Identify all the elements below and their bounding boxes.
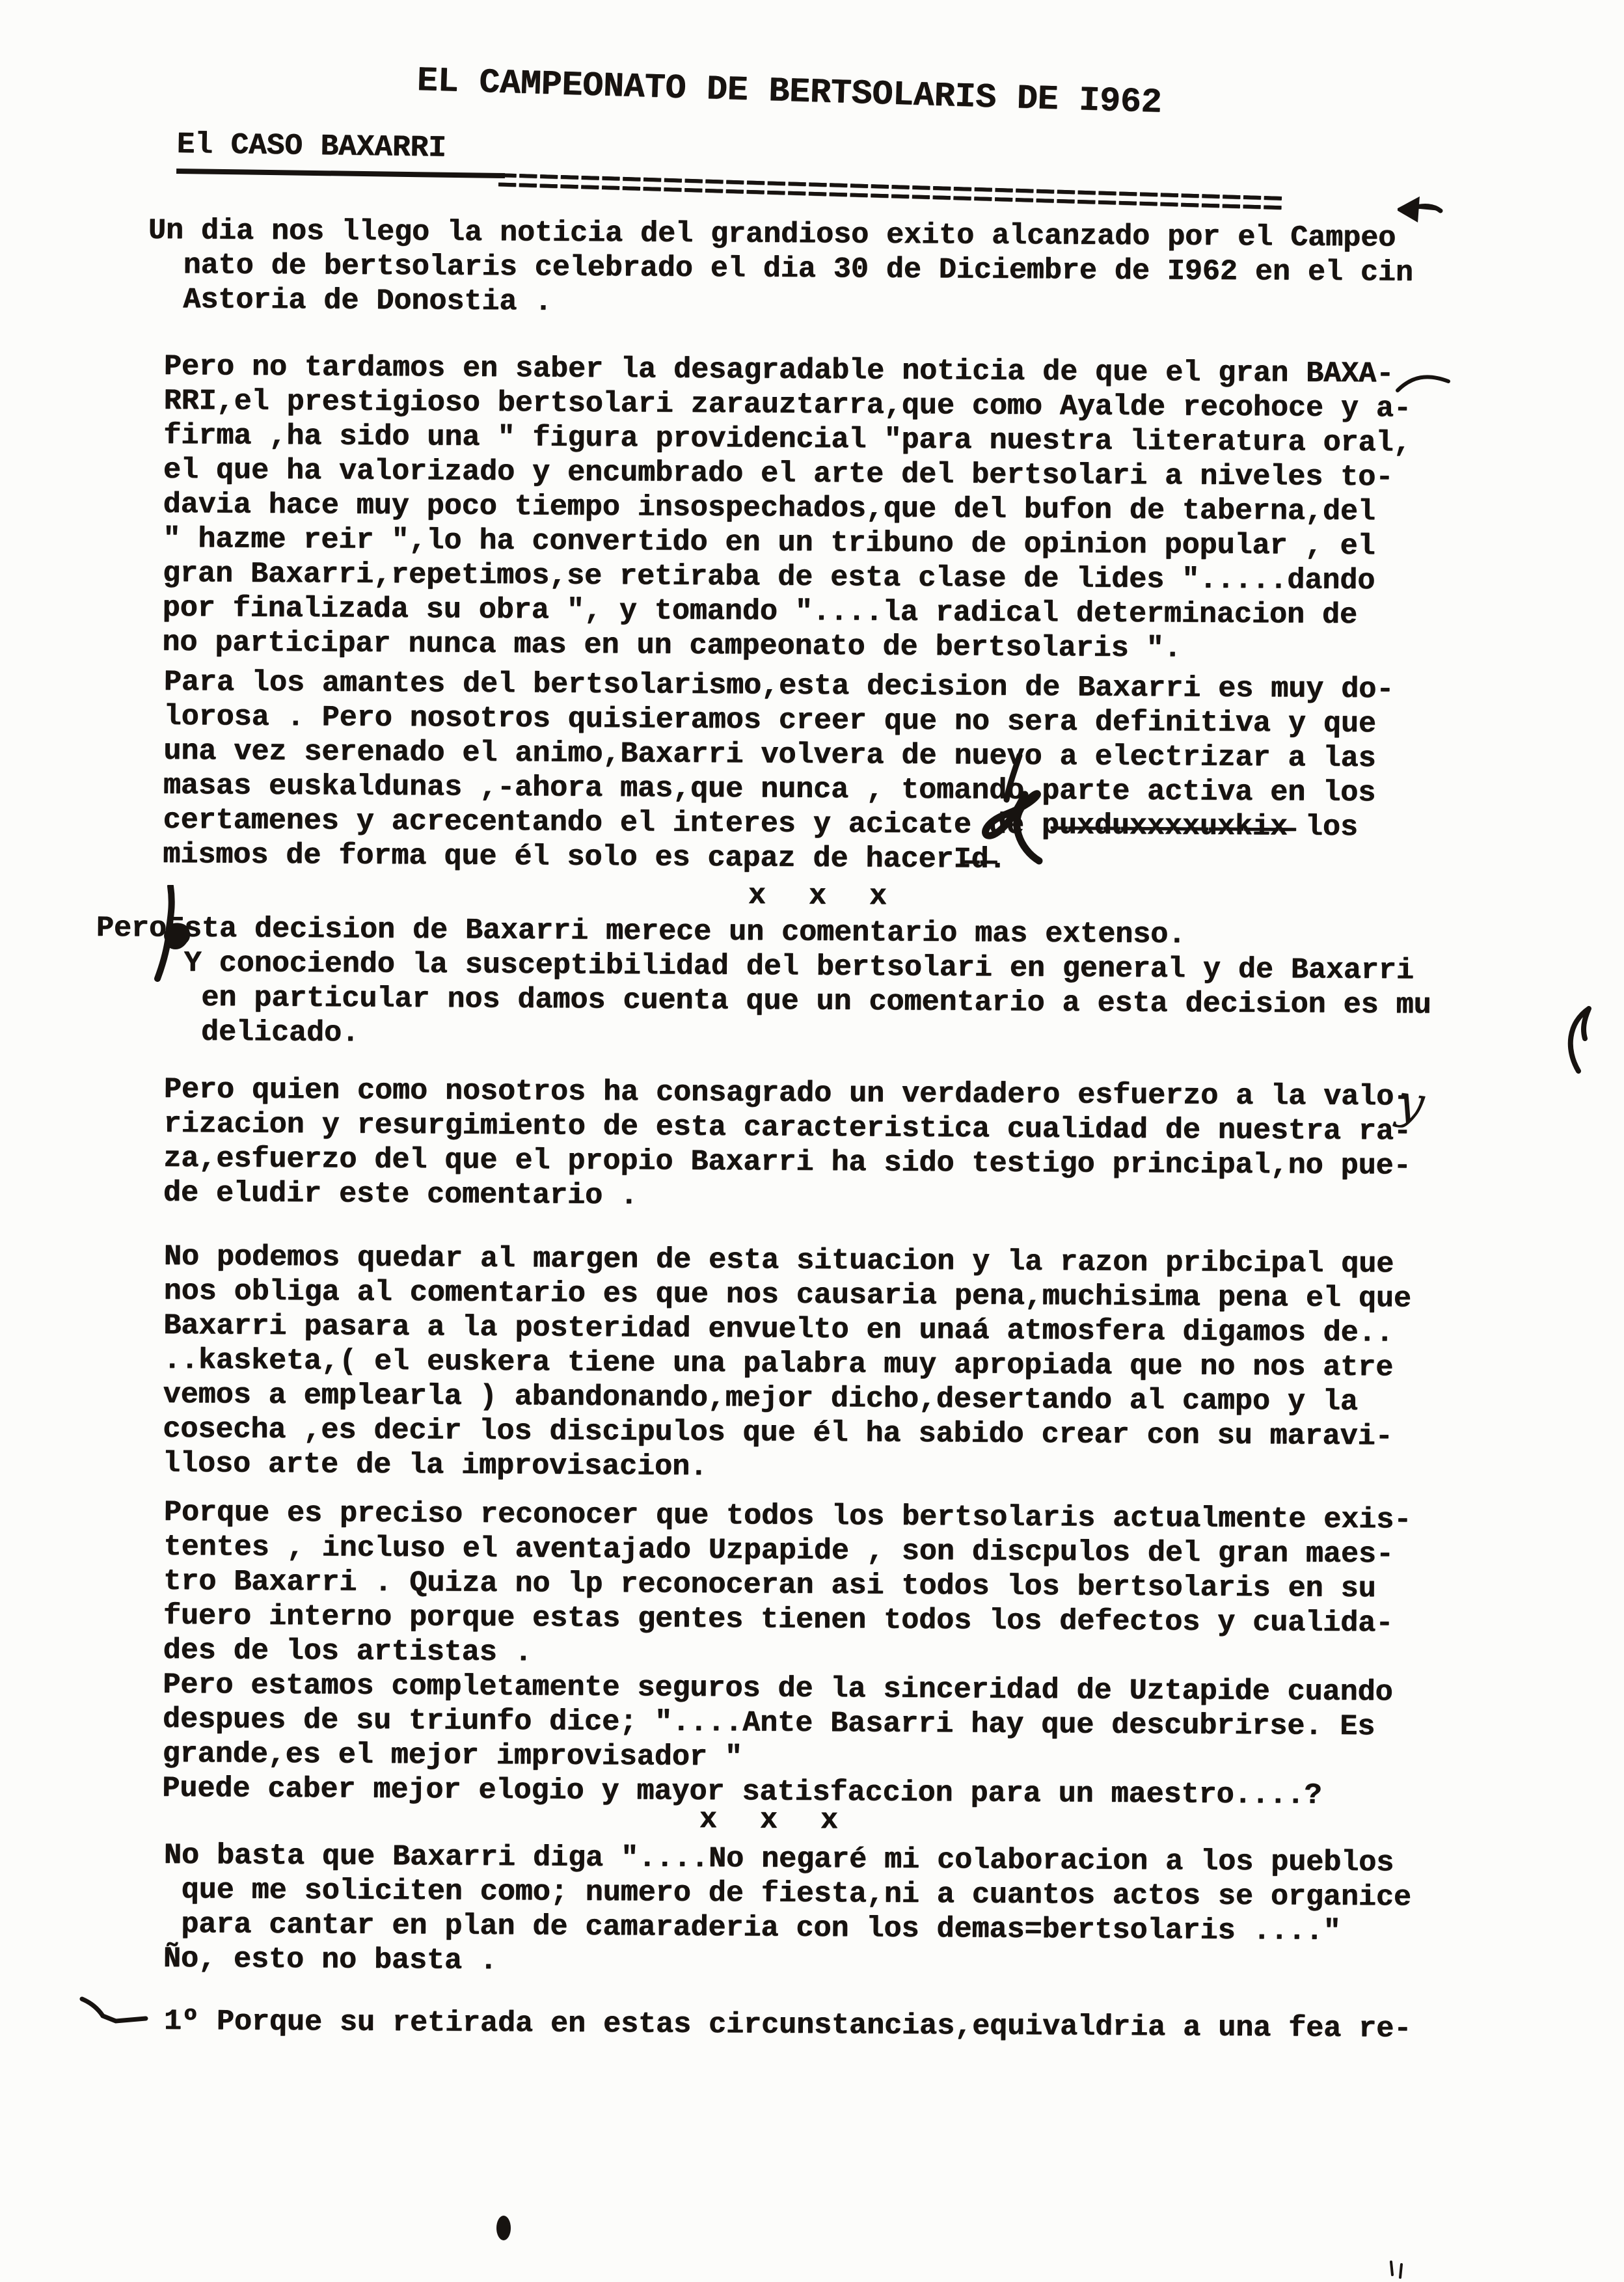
scanned-typewritten-page: EL CAMPEONATO DE BERTSOLARIS DE I962 ===… bbox=[0, 0, 1624, 2282]
paragraph: PeroEsta decision de Baxarri merece un c… bbox=[96, 911, 1432, 1057]
margin-paren-icon bbox=[1556, 1003, 1595, 1088]
paragraph: Un dia nos llego la noticia del grandios… bbox=[148, 213, 1413, 325]
handwritten-arrow-icon bbox=[1398, 190, 1443, 226]
ink-dot-icon bbox=[492, 2212, 515, 2244]
paragraph: Porque es preciso reconocer que todos lo… bbox=[162, 1495, 1411, 1813]
title-underline-rule: ====================================== bbox=[496, 163, 1284, 225]
section-separator: x x x bbox=[748, 878, 889, 914]
paragraph: Pero no tardamos en saber la desagradabl… bbox=[162, 349, 1411, 668]
document-title-text: EL CAMPEONATO DE BERTSOLARIS DE I962 bbox=[416, 61, 1162, 122]
paragraph: Para los amantes del bertsolarismo,esta … bbox=[163, 665, 1394, 880]
paragraph: No podemos quedar al margen de esta situ… bbox=[163, 1240, 1412, 1489]
paragraph: 1º Porque su retirada en estas circunsta… bbox=[164, 2004, 1412, 2046]
document-heading: El CASO BAXARRI bbox=[176, 128, 506, 178]
section-separator: x x x bbox=[699, 1802, 841, 1838]
stray-mark-icon bbox=[1386, 2258, 1412, 2281]
paragraph: No basta que Baxarri diga "....No negaré… bbox=[163, 1838, 1412, 1984]
checkmark-icon bbox=[78, 1992, 150, 2031]
paragraph: Pero quien como nosotros ha consagrado u… bbox=[163, 1072, 1412, 1218]
